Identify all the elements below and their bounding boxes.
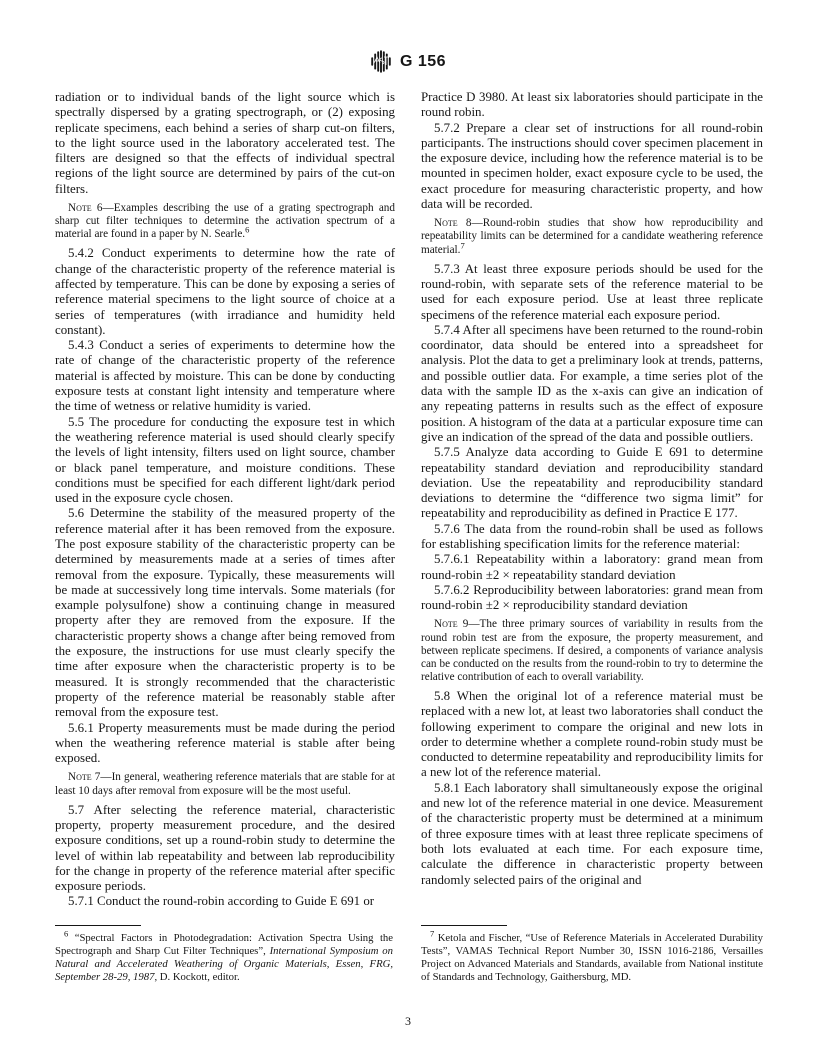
note-label: Note 7— bbox=[68, 771, 112, 783]
footnote-ref-7: 7 bbox=[460, 240, 464, 250]
paragraph-5.5: 5.5 The procedure for conducting the exp… bbox=[55, 415, 395, 507]
paragraph-5.8: 5.8 When the original lot of a reference… bbox=[421, 689, 763, 781]
paragraph-5.6.1: 5.6.1 Property measurements must be made… bbox=[55, 721, 395, 767]
paragraph-5.4.2: 5.4.2 Conduct experiments to determine h… bbox=[55, 246, 395, 338]
paragraph-5.7.6: 5.7.6 The data from the round-robin shal… bbox=[421, 522, 763, 553]
footnote-6-text: 6 “Spectral Factors in Photodegradation:… bbox=[55, 932, 393, 984]
document-page: G 156 radiation or to individual bands o… bbox=[0, 0, 816, 1056]
page-header: G 156 bbox=[0, 49, 816, 74]
paragraph-continuation: Practice D 3980. At least six laboratori… bbox=[421, 90, 763, 121]
document-code: G 156 bbox=[400, 53, 446, 71]
footnote-6: 6 “Spectral Factors in Photodegradation:… bbox=[55, 925, 393, 984]
paragraph-5.7.4: 5.7.4 After all specimens have been retu… bbox=[421, 323, 763, 445]
footnote-7: 7 Ketola and Fischer, “Use of Reference … bbox=[421, 925, 763, 984]
paragraph-5.7.1: 5.7.1 Conduct the round-robin according … bbox=[55, 894, 395, 909]
footnote-ref-6: 6 bbox=[245, 225, 249, 235]
note-label: Note 6— bbox=[68, 202, 114, 214]
paragraph-5.7.2: 5.7.2 Prepare a clear set of instruction… bbox=[421, 121, 763, 213]
footnote-divider bbox=[55, 925, 141, 926]
paragraph-5.7: 5.7 After selecting the reference materi… bbox=[55, 803, 395, 895]
paragraph-5.7.6.1: 5.7.6.1 Repeatability within a laborator… bbox=[421, 552, 763, 583]
paragraph-5.7.6.2: 5.7.6.2 Reproducibility between laborato… bbox=[421, 583, 763, 614]
paragraph-5.7.3: 5.7.3 At least three exposure periods sh… bbox=[421, 262, 763, 323]
paragraph-5.6: 5.6 Determine the stability of the measu… bbox=[55, 506, 395, 720]
note-6: Note 6—Examples describing the use of a … bbox=[55, 202, 395, 241]
note-label: Note 8— bbox=[434, 217, 483, 229]
astm-logo-icon bbox=[370, 49, 392, 74]
footnote-divider bbox=[421, 925, 507, 926]
paragraph-5.7.5: 5.7.5 Analyze data according to Guide E … bbox=[421, 445, 763, 521]
footnote-7-text: 7 Ketola and Fischer, “Use of Reference … bbox=[421, 932, 763, 984]
footnote-segment: , D. Kockott, editor. bbox=[154, 971, 239, 983]
note-8: Note 8—Round-robin studies that show how… bbox=[421, 217, 763, 256]
note-label: Note 9— bbox=[434, 618, 480, 630]
paragraph-5.4.3: 5.4.3 Conduct a series of experiments to… bbox=[55, 338, 395, 414]
footnote-segment: Ketola and Fischer, “Use of Reference Ma… bbox=[421, 932, 763, 983]
paragraph-5.8.1: 5.8.1 Each laboratory shall simultaneous… bbox=[421, 781, 763, 888]
page-number: 3 bbox=[0, 1014, 816, 1029]
note-9: Note 9—The three primary sources of vari… bbox=[421, 618, 763, 683]
left-column: radiation or to individual bands of the … bbox=[55, 90, 395, 910]
note-7: Note 7—In general, weathering reference … bbox=[55, 771, 395, 797]
right-column: Practice D 3980. At least six laboratori… bbox=[421, 90, 763, 888]
paragraph-continuation: radiation or to individual bands of the … bbox=[55, 90, 395, 197]
